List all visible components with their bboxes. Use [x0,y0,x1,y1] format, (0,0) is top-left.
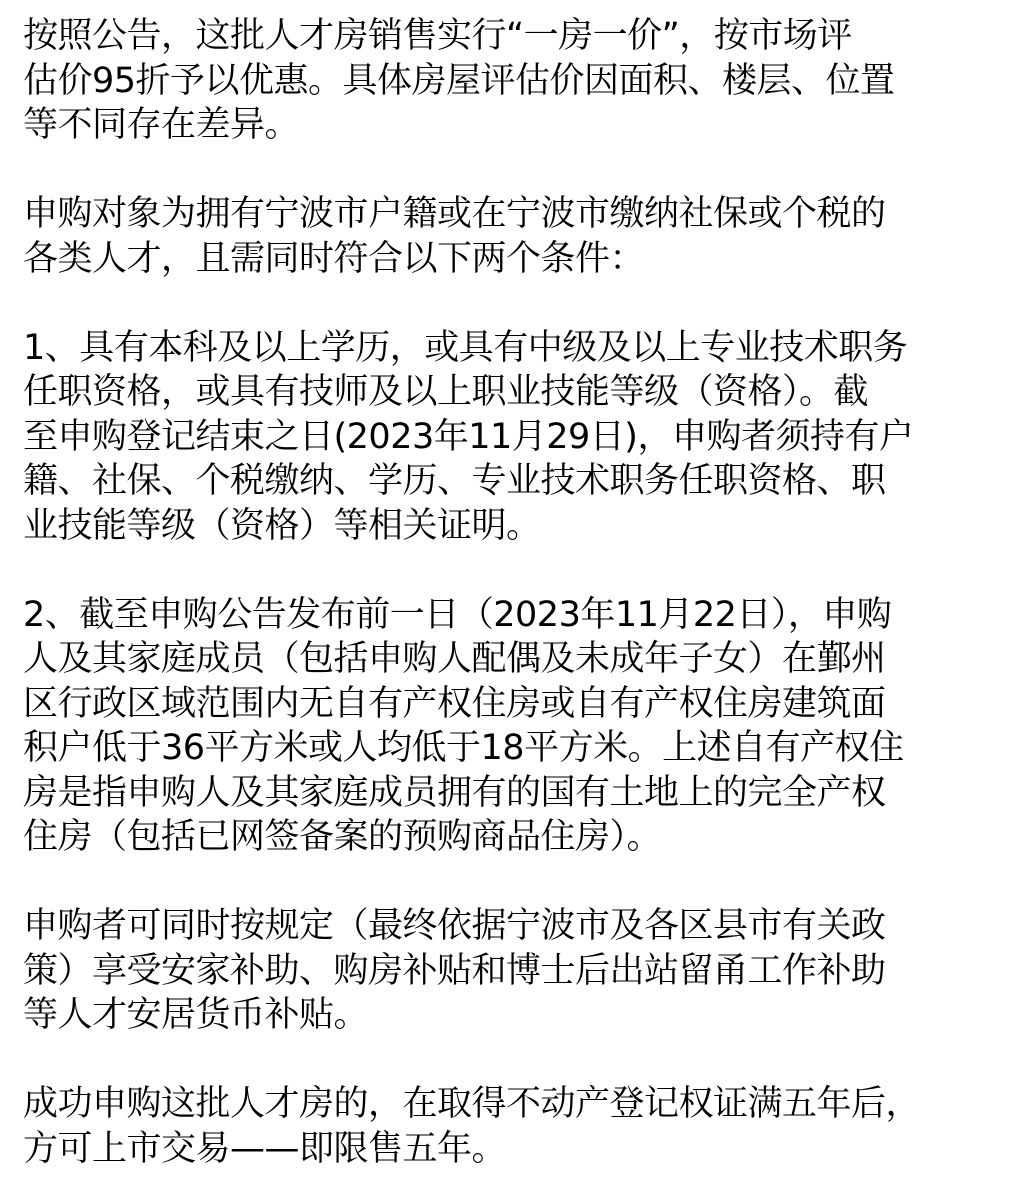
text-line: 房是指申购人及其家庭成员拥有的国有土地上的完全产权 [23,771,983,816]
text-line: 估价95折予以优惠。具体房屋评估价因面积、楼层、位置 [23,59,983,104]
text-line: 籍、社保、个税缴纳、学历、专业技术职务任职资格、职 [23,459,983,504]
text-line: 2、截至申购公告发布前一日（2023年11月22日），申购 [23,593,983,638]
text-line: 按照公告，这批人才房销售实行“一房一价”，按市场评 [23,14,983,59]
text-line: 等人才安居货币补贴。 [23,993,983,1038]
article-body: 按照公告，这批人才房销售实行“一房一价”，按市场评 估价95折予以优惠。具体房屋… [0,0,983,1171]
text-line: 业技能等级（资格）等相关证明。 [23,504,983,549]
text-line: 人及其家庭成员（包括申购人配偶及未成年子女）在鄞州 [23,637,983,682]
text-line: 策）享受安家补助、购房补贴和博士后出站留甬工作补助 [23,949,983,994]
text-line: 各类人才，且需同时符合以下两个条件： [23,237,983,282]
text-line: 1、具有本科及以上学历，或具有中级及以上专业技术职务 [23,326,983,371]
text-line: 住房（包括已网签备案的预购商品住房）。 [23,815,983,860]
text-line: 至申购登记结束之日(2023年11月29日)，申购者须持有户 [23,415,983,460]
text-line: 积户低于36平方米或人均低于18平方米。上述自有产权住 [23,726,983,771]
text-line: 成功申购这批人才房的，在取得不动产登记权证满五年后， [23,1082,983,1127]
paragraph-subsidies: 申购者可同时按规定（最终依据宁波市及各区县市有关政 策）享受安家补助、购房补贴和… [23,904,983,1038]
text-line: 方可上市交易——即限售五年。 [23,1127,983,1172]
text-line: 等不同存在差异。 [23,103,983,148]
text-line: 申购对象为拥有宁波市户籍或在宁波市缴纳社保或个税的 [23,192,983,237]
text-line: 区行政区域范围内无自有产权住房或自有产权住房建筑面 [23,682,983,727]
paragraph-condition-1: 1、具有本科及以上学历，或具有中级及以上专业技术职务 任职资格，或具有技师及以上… [23,326,983,549]
paragraph-pricing: 按照公告，这批人才房销售实行“一房一价”，按市场评 估价95折予以优惠。具体房屋… [23,14,983,148]
paragraph-resale-restriction: 成功申购这批人才房的，在取得不动产登记权证满五年后， 方可上市交易——即限售五年… [23,1082,983,1171]
paragraph-eligibility-intro: 申购对象为拥有宁波市户籍或在宁波市缴纳社保或个税的 各类人才，且需同时符合以下两… [23,192,983,281]
text-line: 申购者可同时按规定（最终依据宁波市及各区县市有关政 [23,904,983,949]
text-line: 任职资格，或具有技师及以上职业技能等级（资格）。截 [23,370,983,415]
paragraph-condition-2: 2、截至申购公告发布前一日（2023年11月22日），申购 人及其家庭成员（包括… [23,593,983,860]
